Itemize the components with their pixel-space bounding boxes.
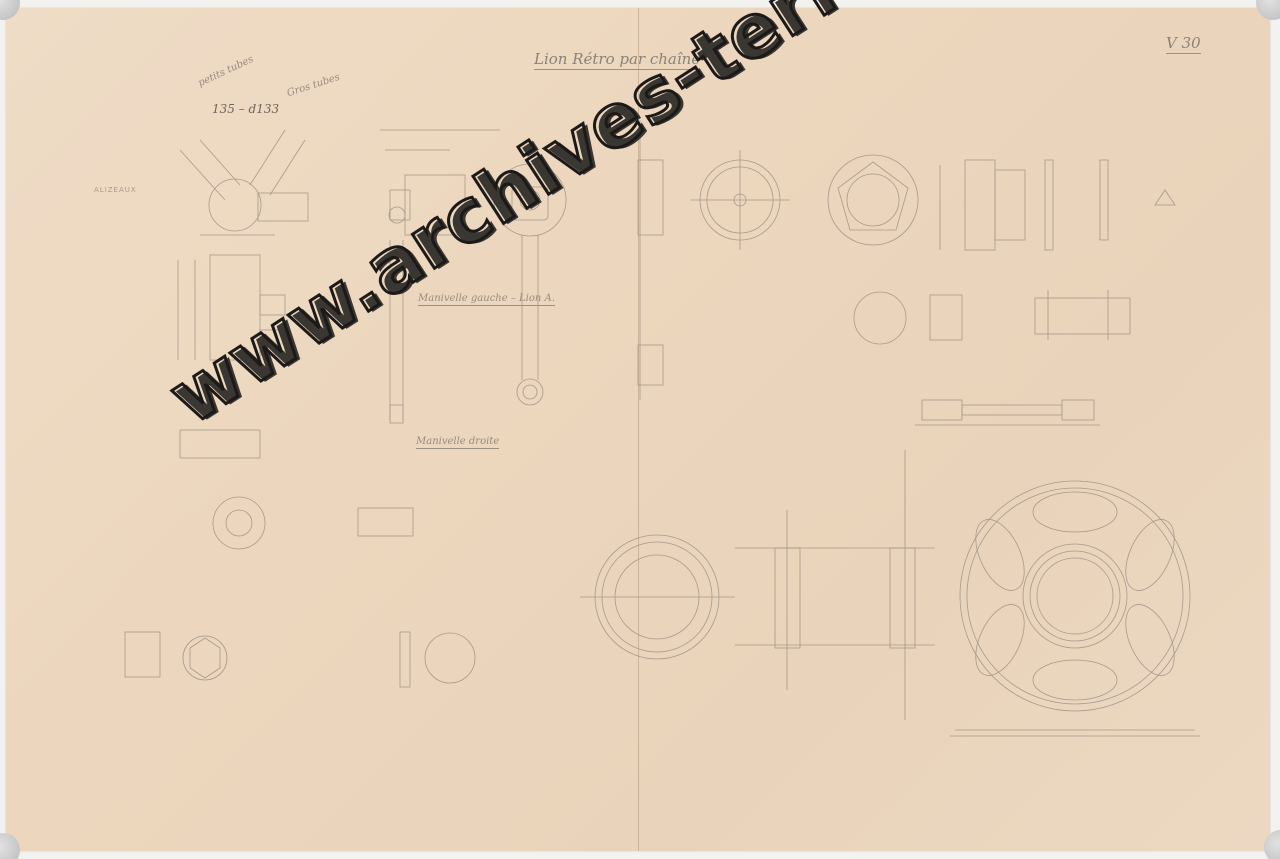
annotation-crank-right: Manivelle droite (416, 436, 499, 449)
nut-washer-view (125, 430, 475, 687)
chainring-small-view (690, 150, 790, 250)
centre-column-view (638, 120, 663, 400)
annotation-crank-note: Manivelle gauche – Lion A. (418, 293, 555, 306)
hub-flange-ring-view (580, 535, 735, 659)
hub-flange-sections-view (735, 450, 935, 720)
annotation-side-label: ALIZEAUX (94, 186, 137, 194)
large-chainwheel-view (950, 481, 1200, 736)
hub-section-view (940, 160, 1175, 250)
sleeve-parts-view (854, 290, 1130, 344)
axle-view (915, 400, 1100, 425)
annotation-dimensions: 135 – d133 (212, 102, 279, 116)
sprocket-five-point-view (828, 155, 918, 245)
sheet-number: V 30 (1166, 34, 1201, 54)
